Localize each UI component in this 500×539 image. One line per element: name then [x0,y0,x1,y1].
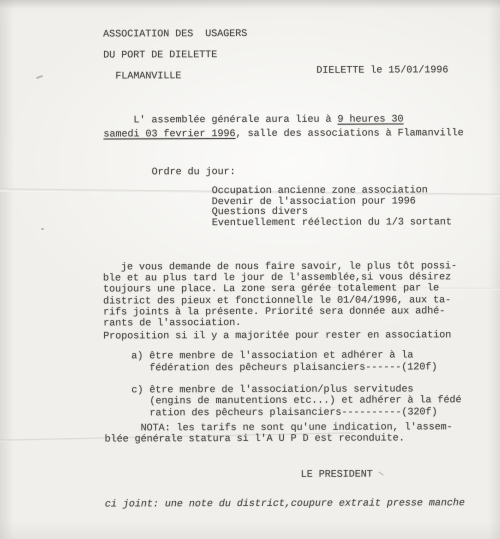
meeting-announcement: L' assemblée générale aura lieu à 9 heur… [103,113,463,142]
announcement-line-2: samedi 03 fevrier 1996, salle des associ… [104,127,464,142]
letter-date: DIELETTE le 15/01/1996 [316,65,448,77]
nota-note: NOTA: les tarifs ne sont qu'une indicati… [105,422,453,446]
text-line: fédération des pêcheurs plaisanciers----… [131,362,437,375]
text-line: DU PORT DE DIELETTE [103,45,247,67]
membership-option-a: a) être menbre de l'association et adhér… [131,350,437,375]
text-line: rants de l'association. [103,317,457,329]
text-line: FLAMANVILLE [103,66,247,88]
text-line: Eventuellement réélection du 1/3 sortant [212,218,452,229]
attachment-text: ci joint: une note du district,coupure e… [105,498,465,511]
announcement-prefix: L' assemblée générale aura lieu à [103,115,337,127]
proposition-line: Proposition si il y a majoritée pour res… [103,330,451,343]
attachment-note: ci joint: une note du district,coupure e… [105,498,465,511]
agenda-heading-text: Ordre du jour: [152,167,236,179]
membership-option-c: c) être menbre de l'association/plus ser… [131,384,461,419]
announcement-line-1: L' assemblée générale aura lieu à 9 heur… [103,113,463,128]
letterhead: ASSOCIATION DES USAGERSDU PORT DE DIELET… [103,24,247,88]
agenda-heading: Ordre du jour: [152,167,236,179]
signature-text: LE PRESIDENT [301,470,373,482]
text-line: blée générale statura si l'A U P D est r… [105,434,453,447]
letter-text-layer: ASSOCIATION DES USAGERSDU PORT DE DIELET… [0,0,500,539]
agenda-item-list: Occupation ancienne zone associationDeve… [212,186,452,229]
text-line: ASSOCIATION DES USAGERS [103,24,247,46]
meeting-date-underlined: samedi 03 fevrier 1996 [104,129,236,140]
scanned-letter-page: ASSOCIATION DES USAGERSDU PORT DE DIELET… [0,0,500,539]
announcement-suffix: , salle des associations à Flamanville [236,128,464,140]
meeting-time-underlined: 9 heures 30 [338,114,404,125]
text-line: toujours une place. La zone sera gérée t… [103,284,457,296]
text-line: a) être menbre de l'association et adhér… [131,350,437,363]
signature-title: LE PRESIDENT [301,470,373,482]
proposition-text: Proposition si il y a majoritée pour res… [103,330,451,343]
text-line: ration des pêcheurs plaisanciers--------… [131,407,461,419]
text-line: rifs joints à la présente. Priorité sera… [103,306,457,318]
body-paragraph: je vous demande de nous faire savoir, le… [103,261,457,329]
date-text: DIELETTE le 15/01/1996 [316,65,448,77]
text-line: (engins de manutentions etc...) et adhér… [131,396,461,408]
